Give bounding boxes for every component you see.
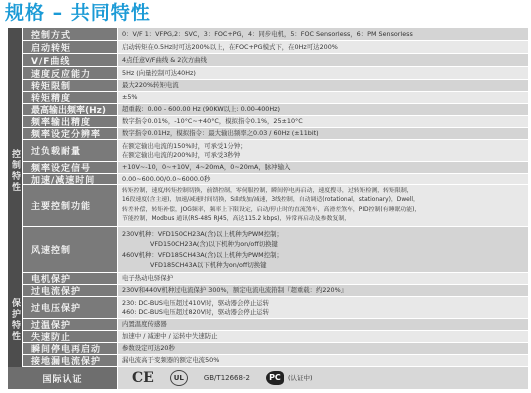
row-value: 电子热动电驿保护	[117, 273, 528, 285]
value-text: 0：V/F 1：VFPG,2：SVC，3：FOC+PG，4：同步电机，5：FOC…	[122, 30, 528, 39]
group-label-control: 控制特性	[9, 149, 21, 193]
row-value: 在额定输出电流的150%时，可承受1分钟； 在额定输出电流的200%时，可承受3…	[117, 140, 528, 162]
row-label: 国际认证	[8, 367, 117, 390]
ce-mark-icon: CE	[132, 374, 154, 383]
row-value: ±5%	[117, 92, 528, 104]
value-text: 内置温度传感器	[122, 320, 528, 329]
value-text: 在额定输出电流的200%时，可承受3秒钟	[122, 151, 528, 160]
row-speed-response: 速度反应能力 5Hz (向量控制可达40Hz)	[22, 67, 528, 80]
row-value: 5Hz (向量控制可达40Hz)	[117, 67, 528, 80]
group-label-protection: 保护特性	[9, 298, 21, 342]
row-overvoltage-protection: 过电压保护 230: DC-BUS电压超过410V时，驱动器会停止运转 460:…	[22, 297, 528, 319]
value-text: 参数设定可达20秒	[122, 344, 528, 353]
row-frequency-resolution: 频率设定分辨率 数字指令0.01Hz，模拟指令：最大输出频率之0.03 / 60…	[22, 128, 528, 140]
row-label: 主要控制功能	[22, 185, 117, 227]
row-value: 0：V/F 1：VFPG,2：SVC，3：FOC+PG，4：同步电机，5：FOC…	[117, 28, 528, 41]
row-label: 控制方式	[22, 28, 117, 41]
certification-note: (认证中)	[288, 374, 313, 383]
row-vf-curve: V/F曲线 4点任意V/F曲线 & 2次方曲线	[22, 54, 528, 67]
row-value: 数字指令0.01%，-10°C~+40°C，模拟指令0.1%，25±10°C	[117, 116, 528, 128]
value-text: 在额定输出电流的150%时，可承受1分钟；	[122, 142, 528, 151]
value-text: 5Hz (向量控制可达40Hz)	[122, 69, 528, 78]
row-value: 最大220%转矩电流	[117, 80, 528, 92]
row-value: 启动转矩在0.5Hz时可达200%以上，在FOC+PG模式下，在0Hz可达200…	[117, 41, 528, 54]
row-value: 超重载：0.00 - 600.00 Hz (90KW以上: 0.00-400Hz…	[117, 104, 528, 116]
pct-mark-icon: PC	[266, 371, 284, 385]
value-text: 超重载：0.00 - 600.00 Hz (90KW以上: 0.00-400Hz…	[122, 105, 528, 114]
row-value: 230: DC-BUS电压超过410V时，驱动器会停止运转 460: DC-BU…	[117, 297, 528, 319]
value-text: 230V机种：VFD150CH23A(含)以上机种为PWM控制；	[122, 229, 528, 240]
value-text: 0.00~600.00/0.0~6000.0秒	[122, 175, 528, 184]
value-text: 转差补偿，转矩补偿，JOG频率，频率上下限设定，启动/停止时的直流煞车，高滑差煞…	[122, 206, 528, 215]
page-title: 规格 – 共同特性	[5, 0, 151, 26]
certification-logos: CE UL GB/T12668-2 PC (认证中)	[117, 367, 528, 390]
row-frequency-setting-signal: 频率设定信号 +10V~-10，0~+10V，4~20mA，0~20mA，脉冲输…	[22, 162, 528, 174]
row-control-mode: 控制方式 0：V/F 1：VFPG,2：SVC，3：FOC+PG，4：同步电机，…	[22, 28, 528, 41]
row-value: +10V~-10，0~+10V，4~20mA，0~20mA，脉冲输入	[117, 162, 528, 174]
row-value: 漏电流高于变频器的额定电流50%	[117, 355, 528, 367]
row-accel-decel-time: 加速/减速时间 0.00~600.00/0.0~6000.0秒	[22, 174, 528, 185]
row-label: 过电压保护	[22, 297, 117, 319]
row-value: 转矩控制，速度/转矩控制切换，前馈控制，零伺服控制，瞬间停电再启动，速度搜寻，过…	[117, 185, 528, 227]
value-text: 460V机种：VFD185CH43A(含)以上机种为PWM控制；	[122, 250, 528, 261]
value-text: +10V~-10，0~+10V，4~20mA，0~20mA，脉冲输入	[122, 163, 528, 172]
group-protection-characteristics: 保护特性	[8, 273, 22, 367]
row-starting-torque: 启动转矩 启动转矩在0.5Hz时可达200%以上，在FOC+PG模式下，在0Hz…	[22, 41, 528, 54]
ul-mark-icon: UL	[170, 370, 188, 386]
row-label: 启动转矩	[22, 41, 117, 54]
row-value: 230V和440V机种过电流保护 300%，额定电流电流箝制『超重载：约220%…	[117, 285, 528, 297]
row-value: 内置温度传感器	[117, 319, 528, 331]
row-value: 加速中 / 减速中 / 运转中失速防止	[117, 331, 528, 343]
value-text: 16段速度(含主速)，加速/减速时间切换，S曲线加/减速，3线控制，自动调适(r…	[122, 196, 528, 205]
value-text: 460: DC-BUS电压超过820V时，驱动器会停止运转	[122, 308, 528, 317]
value-text: 数字指令0.01%，-10°C~+40°C，模拟指令0.1%，25±10°C	[122, 117, 528, 126]
value-text: 漏电流高于变频器的额定电流50%	[122, 356, 528, 365]
row-label: V/F曲线	[22, 54, 117, 67]
row-value: 数字指令0.01Hz，模拟指令：最大输出频率之0.03 / 60Hz (±11b…	[117, 128, 528, 140]
row-max-output-frequency: 最高输出频率(Hz) 超重载：0.00 - 600.00 Hz (90KW以上:…	[22, 104, 528, 116]
row-label: 过负载耐量	[22, 140, 117, 162]
gb-standard-text: GB/T12668-2	[204, 374, 250, 383]
row-certification: 国际认证 CE UL GB/T12668-2 PC (认证中)	[8, 367, 528, 390]
value-text: 电子热动电驿保护	[122, 274, 528, 283]
row-torque-limit: 转矩限制 最大220%转矩电流	[22, 80, 528, 92]
value-text: 节能控制，Modbus 通讯(RS-485 RJ45，高达115.2 kbps)…	[122, 215, 528, 224]
row-label: 过电流保护	[22, 285, 117, 297]
value-text: 4点任意V/F曲线 & 2次方曲线	[122, 56, 528, 65]
row-label: 接地漏电流保护	[22, 355, 117, 367]
row-overcurrent-protection: 过电流保护 230V和440V机种过电流保护 300%，额定电流电流箝制『超重载…	[22, 285, 528, 297]
row-value: 参数设定可达20秒	[117, 343, 528, 355]
value-text: 加速中 / 减速中 / 运转中失速防止	[122, 332, 528, 341]
row-overtemperature-protection: 过温保护 内置温度传感器	[22, 319, 528, 331]
value-text: 230V和440V机种过电流保护 300%，额定电流电流箝制『超重载：约220%…	[122, 286, 528, 295]
value-text: 最大220%转矩电流	[122, 81, 528, 90]
value-text: 转矩控制，速度/转矩控制切换，前馈控制，零伺服控制，瞬间停电再启动，速度搜寻，过…	[122, 187, 528, 196]
value-text: 数字指令0.01Hz，模拟指令：最大输出频率之0.03 / 60Hz (±11b…	[122, 129, 528, 138]
row-fan-control: 风速控制 230V机种：VFD150CH23A(含)以上机种为PWM控制； VF…	[22, 227, 528, 273]
value-text: 230: DC-BUS电压超过410V时，驱动器会停止运转	[122, 299, 528, 308]
row-label: 加速/减速时间	[22, 174, 117, 185]
value-text: VFD185CH43A以下机种为on/off切换键	[122, 260, 528, 271]
group-control-characteristics: 控制特性	[8, 28, 22, 273]
value-text: 启动转矩在0.5Hz时可达200%以上，在FOC+PG模式下，在0Hz可达200…	[122, 43, 528, 52]
row-overload-capacity: 过负载耐量 在额定输出电流的150%时，可承受1分钟； 在额定输出电流的200%…	[22, 140, 528, 162]
row-motor-protection: 电机保护 电子热动电驿保护	[22, 273, 528, 285]
row-main-control-functions: 主要控制功能 转矩控制，速度/转矩控制切换，前馈控制，零伺服控制，瞬间停电再启动…	[22, 185, 528, 227]
row-ground-leakage-protection: 接地漏电流保护 漏电流高于变频器的额定电流50%	[22, 355, 528, 367]
row-value: 4点任意V/F曲线 & 2次方曲线	[117, 54, 528, 67]
row-label: 风速控制	[22, 227, 117, 273]
value-text: VFD150CH23A(含)以下机种为on/off切换键	[122, 239, 528, 250]
row-value: 230V机种：VFD150CH23A(含)以上机种为PWM控制； VFD150C…	[117, 227, 528, 273]
value-text: ±5%	[122, 93, 528, 102]
row-label: 频率设定分辨率	[22, 128, 117, 140]
row-value: 0.00~600.00/0.0~6000.0秒	[117, 174, 528, 185]
